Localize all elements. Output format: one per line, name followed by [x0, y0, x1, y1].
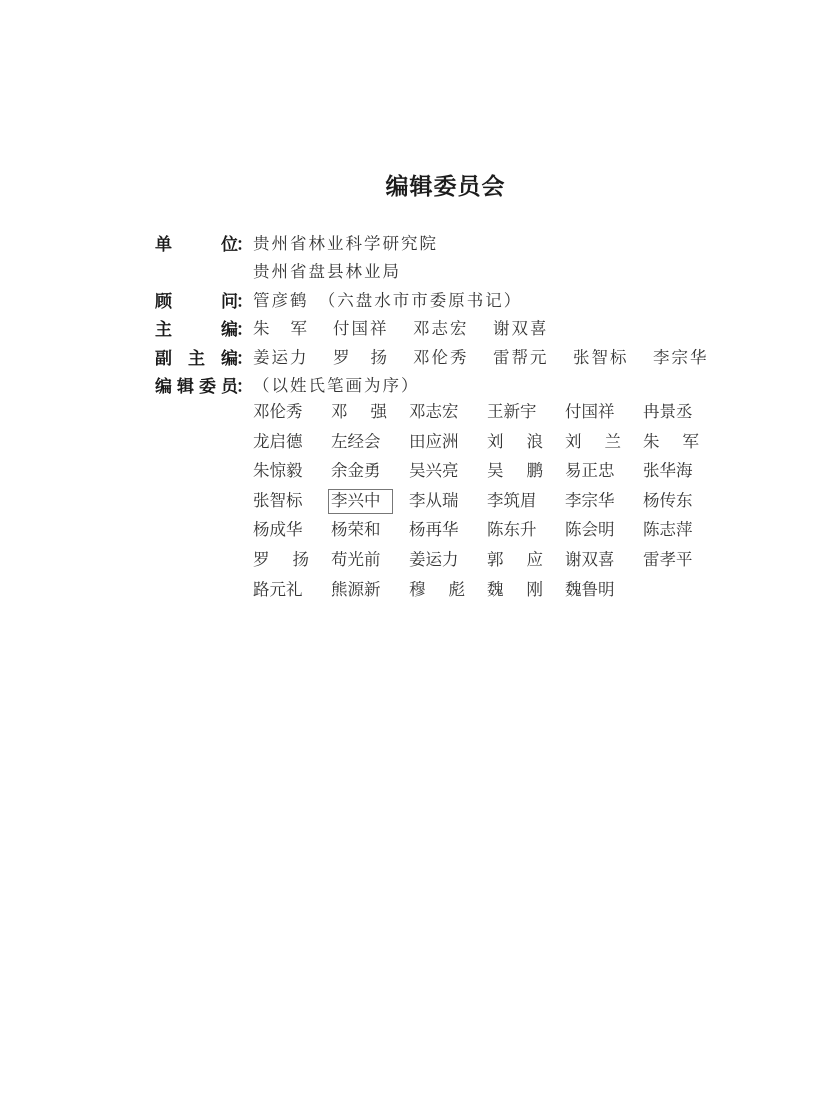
member-name: 陈东升 [487, 515, 543, 545]
member-name: 王新宇 [487, 397, 543, 427]
member-name: 龙启德 [253, 427, 309, 457]
member-name: 朱惊毅 [253, 456, 309, 486]
member-name: 郭应 [487, 545, 543, 575]
label-advisor: 顾 问： [155, 287, 253, 312]
member-name: 付国祥 [565, 397, 621, 427]
member-name: 魏刚 [487, 575, 543, 605]
member-name: 易正忠 [565, 456, 621, 486]
name: 罗扬 [333, 344, 389, 368]
name: 付国祥 [333, 315, 389, 339]
committee-member-grid: 邓伦秀邓强邓志宏王新宇付国祥冉景丞龙启德左经会田应洲刘浪刘兰朱军朱惊毅余金勇吴兴… [253, 397, 721, 604]
member-name: 魏鲁明 [565, 575, 621, 605]
member-name: 杨再华 [409, 515, 465, 545]
member-name: 冉景丞 [643, 397, 699, 427]
label-unit: 单 位： [155, 230, 253, 255]
chief-editor-names: 朱军 付国祥 邓志宏 谢双喜 [253, 315, 573, 339]
member-name: 苟光前 [331, 545, 387, 575]
highlighted-member-name: 李兴中 [331, 486, 387, 516]
unit-value-2: 贵州省盘县林业局 [253, 258, 401, 282]
name: 姜运力 [253, 344, 309, 368]
member-name: 左经会 [331, 427, 387, 457]
row-chief-editor: 主 编： 朱军 付国祥 邓志宏 谢双喜 [155, 315, 573, 339]
name: 李宗华 [653, 344, 709, 368]
advisor-value: 管彦鹤 （六盘水市市委原书记） [253, 287, 522, 311]
label-committee: 编 辑 委 员： [155, 372, 253, 397]
member-name: 李筑眉 [487, 486, 543, 516]
member-name: 姜运力 [409, 545, 465, 575]
member-name: 张智标 [253, 486, 309, 516]
row-unit-2: 贵州省盘县林业局 [155, 258, 401, 282]
row-deputy-editor: 副 主 编： 姜运力 罗扬 邓伦秀 雷帮元 张智标 李宗华 [155, 344, 733, 368]
deputy-editor-names: 姜运力 罗扬 邓伦秀 雷帮元 张智标 李宗华 [253, 344, 733, 368]
member-name: 余金勇 [331, 456, 387, 486]
member-name: 穆彪 [409, 575, 465, 605]
member-name: 邓伦秀 [253, 397, 309, 427]
member-name: 邓强 [331, 397, 387, 427]
row-committee: 编 辑 委 员： （以姓氏笔画为序） [155, 372, 420, 396]
member-name: 路元礼 [253, 575, 309, 605]
member-name: 雷孝平 [643, 545, 699, 575]
row-advisor: 顾 问： 管彦鹤 （六盘水市市委原书记） [155, 287, 522, 311]
member-name: 吴兴亮 [409, 456, 465, 486]
member-name: 田应洲 [409, 427, 465, 457]
member-name: 李宗华 [565, 486, 621, 516]
page-title: 编辑委员会 [0, 168, 821, 201]
name: 雷帮元 [493, 344, 549, 368]
name: 邓志宏 [413, 315, 469, 339]
name: 朱军 [253, 315, 309, 339]
label-chief-editor: 主 编： [155, 315, 253, 340]
name: 谢双喜 [493, 315, 549, 339]
member-name: 张华海 [643, 456, 699, 486]
member-name: 熊源新 [331, 575, 387, 605]
member-name: 罗扬 [253, 545, 309, 575]
member-name: 杨传东 [643, 486, 699, 516]
member-name: 刘兰 [565, 427, 621, 457]
committee-note: （以姓氏笔画为序） [253, 372, 420, 396]
name: 张智标 [573, 344, 629, 368]
member-name: 陈会明 [565, 515, 621, 545]
member-name: 杨成华 [253, 515, 309, 545]
label-deputy-editor: 副 主 编： [155, 344, 253, 369]
unit-value-1: 贵州省林业科学研究院 [253, 230, 438, 254]
member-name: 杨荣和 [331, 515, 387, 545]
row-unit: 单 位： 贵州省林业科学研究院 [155, 230, 438, 254]
member-name: 吴鹏 [487, 456, 543, 486]
member-name: 邓志宏 [409, 397, 465, 427]
member-name: 朱军 [643, 427, 699, 457]
member-name: 李从瑞 [409, 486, 465, 516]
member-name: 刘浪 [487, 427, 543, 457]
name: 邓伦秀 [413, 344, 469, 368]
member-name: 陈志萍 [643, 515, 699, 545]
member-name: 谢双喜 [565, 545, 621, 575]
